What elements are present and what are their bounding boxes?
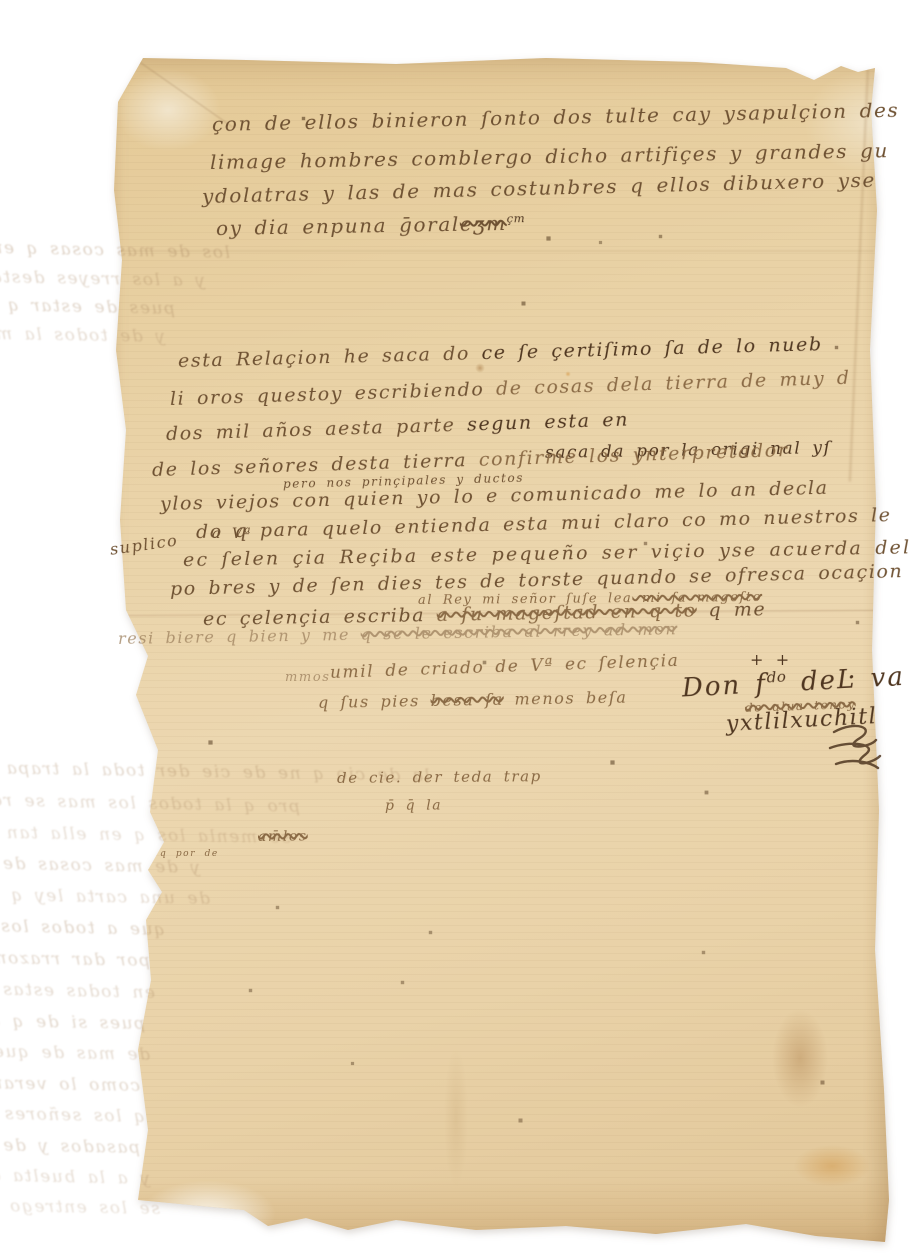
- vertical-crease: [849, 62, 869, 482]
- horizontal-fold-crease: [116, 609, 881, 616]
- manuscript-paper: [96, 50, 896, 1250]
- faint-horizontal-crease: [114, 250, 874, 252]
- ink-specks: [96, 50, 97, 51]
- corner-crease: [134, 58, 233, 128]
- photo-of-document: los de mas cosas q en poder de los tres …: [0, 0, 911, 1260]
- paper-shadow-wrap: [96, 50, 896, 1250]
